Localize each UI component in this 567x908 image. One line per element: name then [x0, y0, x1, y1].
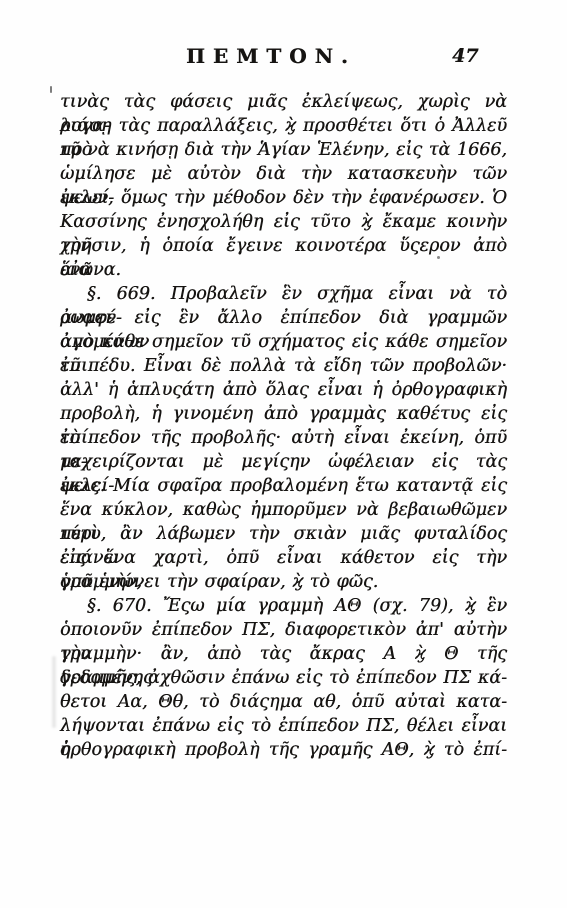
text-line: τινὰς τὰς φάσεις μιᾶς ἐκλείψεως, χωρὶς ν… [60, 90, 507, 114]
paragraph: §. 669. Προβαλεῖν ἓν σχῆμα εἶναι νὰ τὸ ἀ… [60, 282, 507, 594]
text-line: λήψονται ἐπάνω εἰς τὸ ἐπίπεδον ΠΣ, θέλει… [60, 714, 507, 738]
text-line: θετοι Αα, Θθ, τὸ διάςημα αθ, ὁπῦ αὐταὶ κ… [60, 690, 507, 714]
text-line: §. 669. Προβαλεῖν ἓν σχῆμα εἶναι νὰ τὸ ἀ… [60, 282, 507, 306]
ink-speck [50, 86, 52, 93]
text-line: τῦ νὰ κινήσῃ διὰ τὴν Ἁγίαν Ἑλένην, εἰς τ… [60, 138, 507, 162]
text-line: γραμμῆς, ἀχθῶσιν ἐπάνω εἰς τὸ ἐπίπεδον Π… [60, 666, 507, 690]
text-line: τύτυ, ἂν λάβωμεν τὴν σκιὰν μιᾶς φυταλίδο… [60, 522, 507, 546]
body-text: τινὰς τὰς φάσεις μιᾶς ἐκλείψεως, χωρὶς ν… [60, 90, 507, 762]
text-line: ψεις. Μία σφαῖρα προβαλομένη ἕτω καταντᾷ… [60, 474, 507, 498]
text-line: ἕνα κύκλον, καθὼς ἠμπορῦμεν νὰ βεβαιωθῶμ… [60, 498, 507, 522]
text-line: αἰῶνα. [60, 258, 507, 282]
scan-smudge [52, 656, 56, 728]
text-line: προβολὴ, ἡ γινομένη ἀπὸ γραμμὰς καθέτυς … [60, 402, 507, 426]
text-line: §. 670. Ἔςω μία γραμμὴ ΑΘ (σχ. 79), ϗ̀ ἓ… [60, 594, 507, 618]
text-line: ἐπίπεδον τῆς προβολῆς· αὐτὴ εἶναι ἐκείνη… [60, 426, 507, 450]
text-line: χρῆσιν, ἡ ὁποία ἔγεινε κοινοτέρα ὕςερον … [60, 234, 507, 258]
text-line: ἀπὸ κάθε σημεῖον τῦ σχήματος εἰς κάθε ση… [60, 330, 507, 354]
page-number: 47 [452, 45, 478, 67]
running-header: ΠΕΜΤΟΝ. 47 [0, 44, 567, 72]
page-title: ΠΕΜΤΟΝ. [186, 44, 356, 68]
text-line: Κασσίνης ἐνησχολήθη εἰς τῦτο ϗ̀ ἔκαμε κο… [60, 210, 507, 234]
text-line: ὀρθογραφικὴ προβολὴ τῆς γραμῆς ΑΘ, ϗ̀ τὸ… [60, 738, 507, 762]
ink-dot [437, 256, 440, 259]
text-line: ἐπιπέδυ. Εἶναι δὲ πολλὰ τὰ εἴδη τῶν προβ… [60, 354, 507, 378]
text-line: εἰς ἕνα χαρτὶ, ὁπῦ εἶναι κάθετον εἰς τὴν… [60, 546, 507, 570]
text-line: ἀλλ' ἡ ἁπλυςάτη ἀπὸ ὅλας εἶναι ἡ ὀρθογρα… [60, 378, 507, 402]
text-line: γραμμὴν· ἂν, ἀπὸ τὰς ἄκρας Α ϗ̀ Θ τῆς δε… [60, 642, 507, 666]
paragraph: §. 670. Ἔςω μία γραμμὴ ΑΘ (σχ. 79), ϗ̀ ἓ… [60, 594, 507, 762]
paragraph: τινὰς τὰς φάσεις μιᾶς ἐκλείψεως, χωρὶς ν… [60, 90, 507, 282]
text-line: ὡμίλησε μὲ αὐτὸν διὰ τὴν κατασκευὴν τῶν … [60, 162, 507, 186]
text-line: ὁπῦ ἑνώνει τὴν σφαίραν, ϗ̀ τὸ φῶς. [60, 570, 507, 594]
text-line: ρωμεν εἰς ἓν ἄλλο ἐπίπεδον διὰ γραμμῶν ἀ… [60, 306, 507, 330]
text-line: ριάσῃ τὰς παραλλάξεις, ϗ̀ προσθέτει ὅτι … [60, 114, 507, 138]
text-line: ψεων, ὅμως τὴν μέθοδον δὲν τὴν ἐφανέρωσε… [60, 186, 507, 210]
text-line: ταχειρίζονται μὲ μεγίςην ὠφέλειαν εἰς τὰ… [60, 450, 507, 474]
text-line: ὁποιονῦν ἐπίπεδον ΠΣ, διαφορετικὸν ἀπ' α… [60, 618, 507, 642]
book-page: ΠΕΜΤΟΝ. 47 τινὰς τὰς φάσεις μιᾶς ἐκλείψε… [0, 0, 567, 908]
